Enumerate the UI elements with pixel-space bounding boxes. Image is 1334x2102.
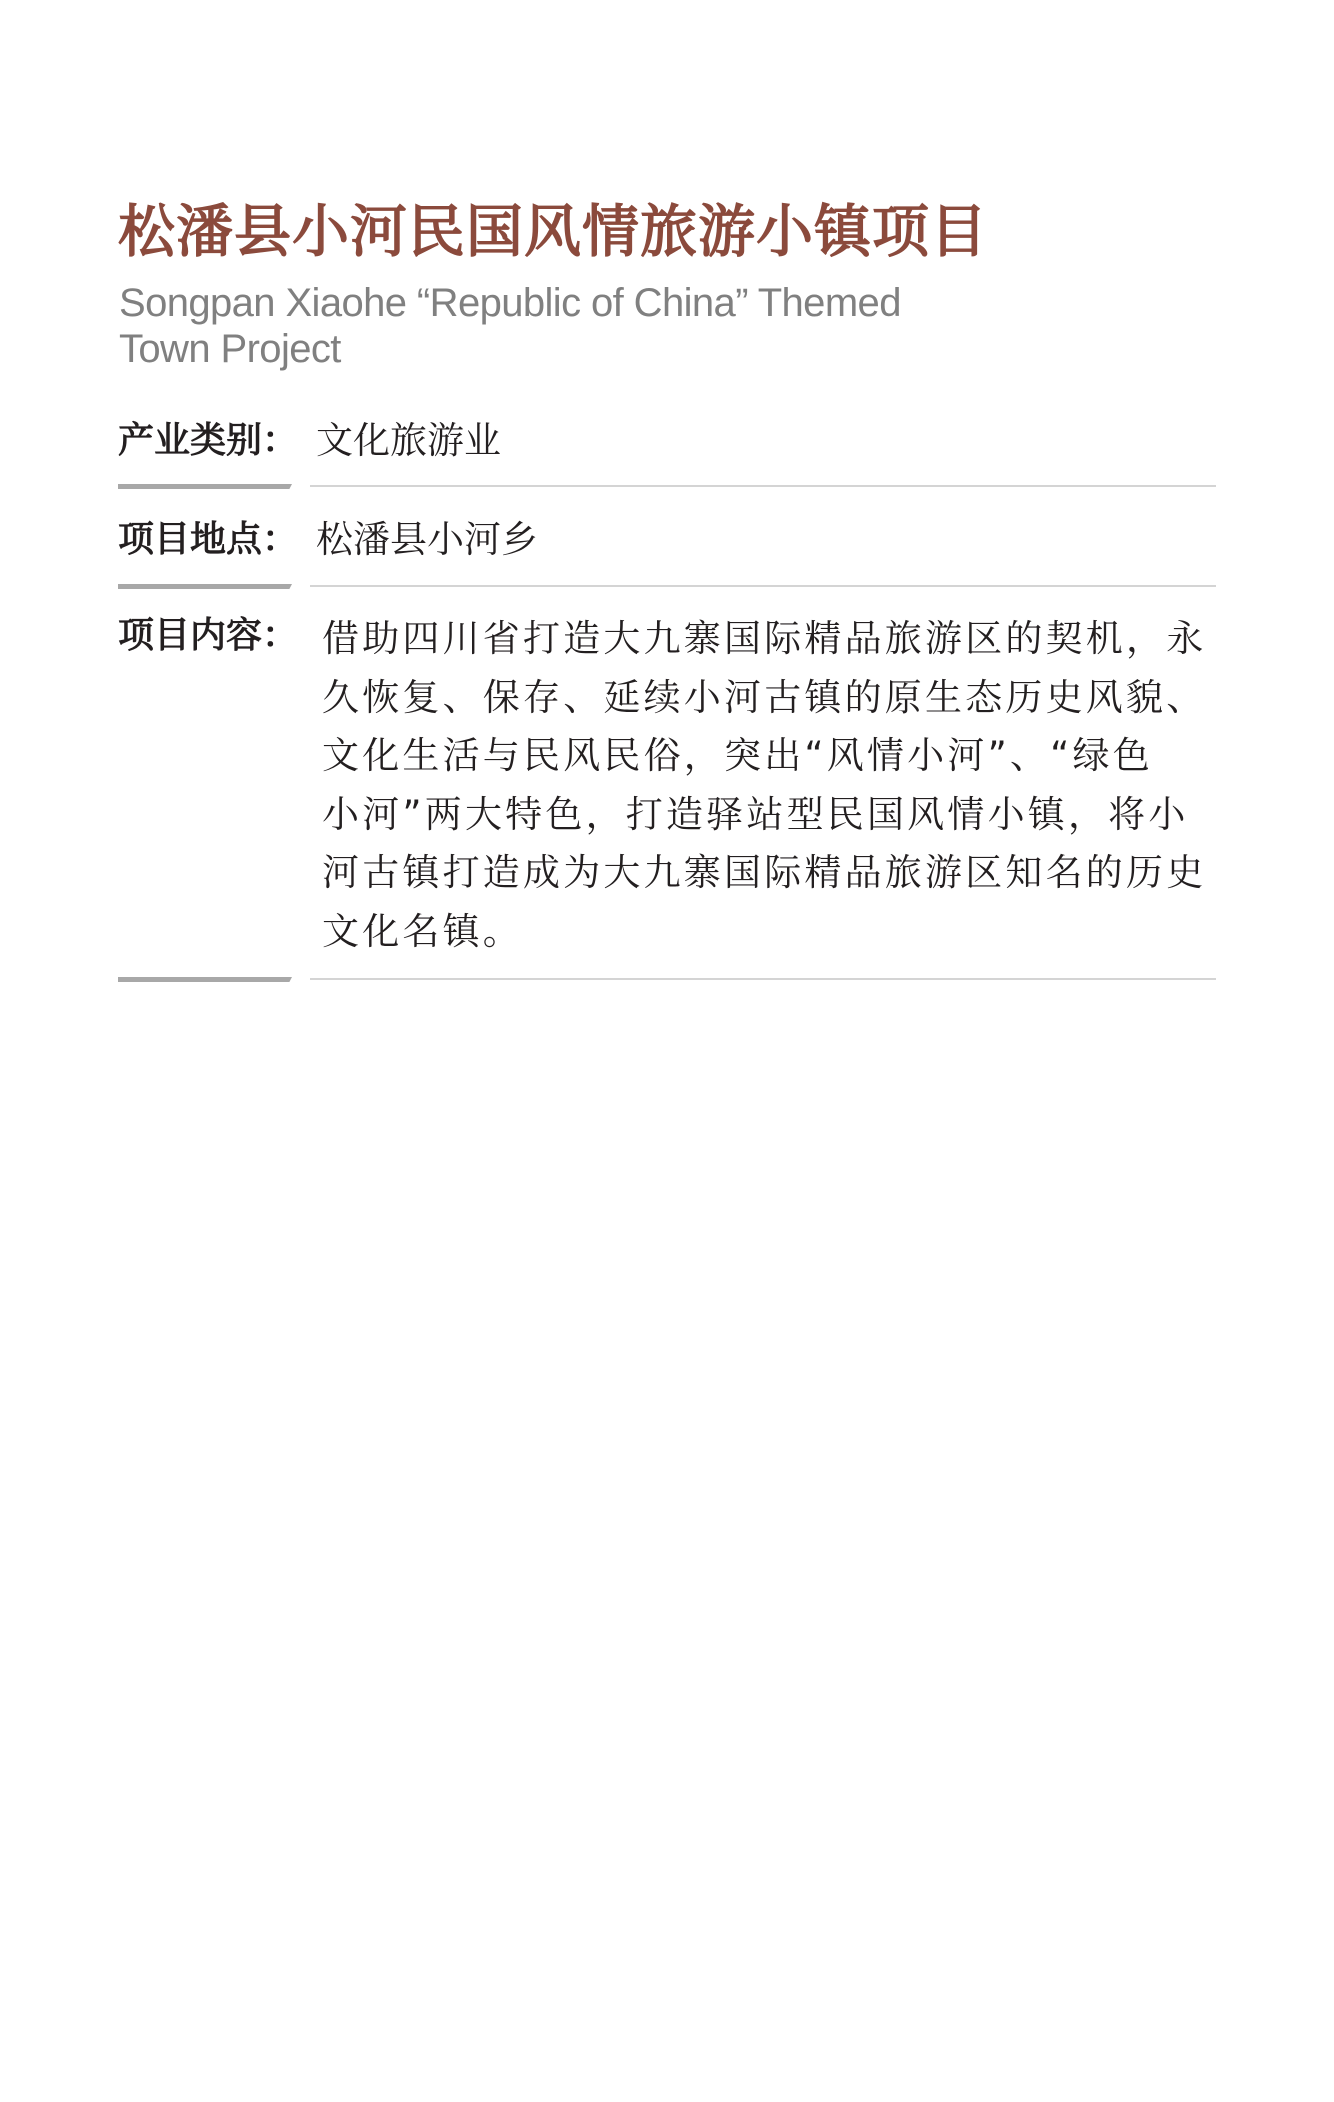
separator-accent <box>118 977 292 982</box>
separator-line <box>310 978 1216 980</box>
subtitle-line: Town Project <box>119 326 1119 372</box>
separator-line <box>310 585 1216 587</box>
page-title: 松潘县小河民国风情旅游小镇项目 <box>118 196 988 268</box>
separator-line <box>310 485 1216 487</box>
industry-category-label: 产业类别： <box>118 419 298 463</box>
project-content-value: 借助四川省打造大九寨国际精品旅游区的契机，永 久恢复、保存、延续小河古镇的原生态… <box>322 610 1222 962</box>
paragraph-line: 小河”两大特色，打造驿站型民国风情小镇，将小 <box>322 786 1222 845</box>
separator-accent <box>118 584 292 589</box>
project-content-label: 项目内容： <box>118 614 298 658</box>
paragraph-line: 文化名镇。 <box>322 903 1222 962</box>
page-subtitle-english: Songpan Xiaohe “Republic of China” Theme… <box>119 280 1119 372</box>
project-location-value: 松潘县小河乡 <box>316 518 538 562</box>
paragraph-line: 文化生活与民风民俗，突出“风情小河”、“绿色 <box>322 727 1222 786</box>
paragraph-line: 河古镇打造成为大九寨国际精品旅游区知名的历史 <box>322 844 1222 903</box>
subtitle-line: Songpan Xiaohe “Republic of China” Theme… <box>119 280 1119 326</box>
project-location-label: 项目地点： <box>118 518 298 562</box>
paragraph-line: 久恢复、保存、延续小河古镇的原生态历史风貌、 <box>322 669 1222 728</box>
separator-accent <box>118 484 292 489</box>
industry-category-value: 文化旅游业 <box>316 419 501 463</box>
paragraph-line: 借助四川省打造大九寨国际精品旅游区的契机，永 <box>322 610 1222 669</box>
